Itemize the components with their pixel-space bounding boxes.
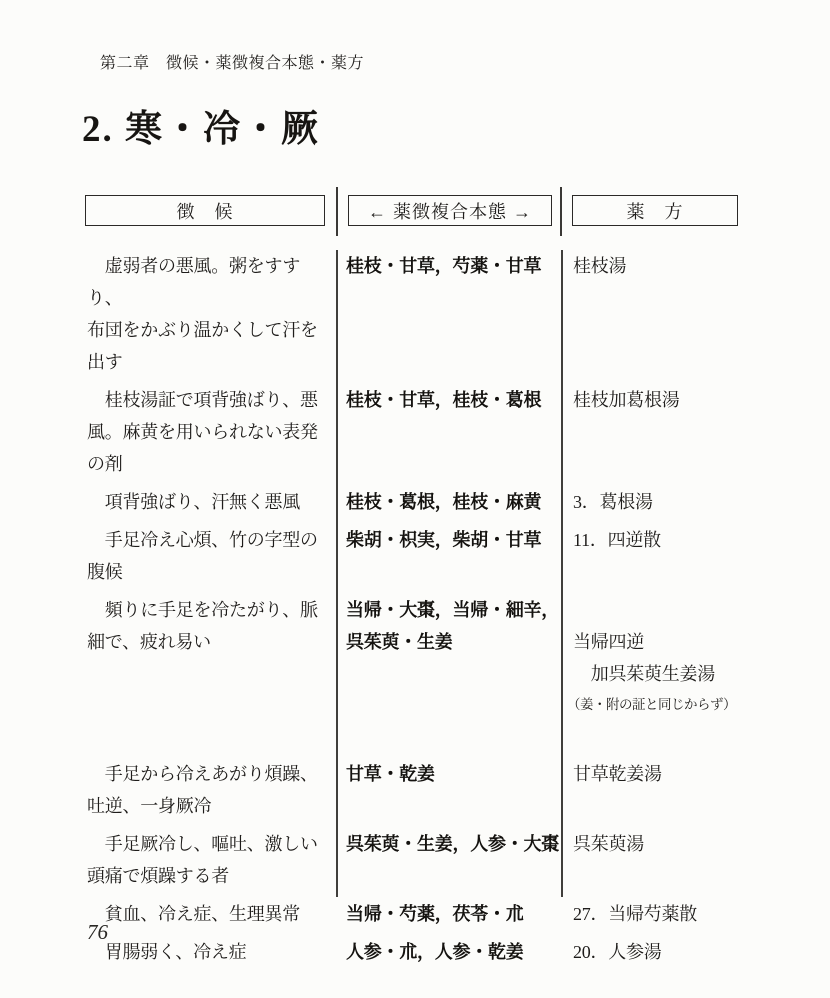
sign-cell: 貧血、冷え症、生理異常 — [85, 898, 336, 930]
sign-cell: 頻りに手足を冷たがり、脈 細で、疲れ易い — [85, 594, 336, 658]
sign-cell: 虚弱者の悪風。粥をすすり、 布団をかぶり温かくして汗を 出す — [85, 250, 336, 378]
essence-cell: 呉茱萸・生姜，人参・大棗 — [336, 828, 561, 860]
page-number: 76 — [87, 920, 108, 945]
column-rule — [561, 250, 563, 897]
column-header-sign-label: 徴 候 — [177, 198, 234, 224]
formula-cell: 桂枝加葛根湯 — [561, 384, 740, 416]
formula-cell: 27．当帰芍薬散 — [561, 898, 740, 930]
table-row: 項背強ばり、汗無く悪風 桂枝・葛根，桂枝・麻黄 3．葛根湯 — [85, 486, 740, 518]
essence-cell: 人参・朮，人参・乾姜 — [336, 936, 561, 968]
table-body: 虚弱者の悪風。粥をすすり、 布団をかぶり温かくして汗を 出す 桂枝・甘草，芍薬・… — [85, 250, 740, 974]
sign-cell: 桂枝湯証で項背強ばり、悪 風。麻黄を用いられない表発 の剤 — [85, 384, 336, 480]
column-rule — [336, 250, 338, 897]
essence-cell: 柴胡・枳実，柴胡・甘草 — [336, 524, 561, 556]
table-row: 頻りに手足を冷たがり、脈 細で、疲れ易い 当帰・大棗，当帰・細辛， 呉茱萸・生姜… — [85, 594, 740, 752]
formula-cell: 3．葛根湯 — [561, 486, 740, 518]
page-title: 2. 寒・冷・厥 — [82, 98, 320, 152]
formula-note: （姜・附の証と同じからず） — [567, 690, 740, 720]
table-row: 手足冷え心煩、竹の字型の 腹候 柴胡・枳実，柴胡・甘草 11．四逆散 — [85, 524, 740, 588]
sign-cell: 手足冷え心煩、竹の字型の 腹候 — [85, 524, 336, 588]
essence-cell: 桂枝・甘草，芍薬・甘草 — [336, 250, 561, 282]
table-row: 桂枝湯証で項背強ばり、悪 風。麻黄を用いられない表発 の剤 桂枝・甘草，桂枝・葛… — [85, 384, 740, 480]
essence-cell: 当帰・芍薬，茯苓・朮 — [336, 898, 561, 930]
formula-cell: 20．人参湯 — [561, 936, 740, 968]
header-divider — [560, 187, 562, 236]
essence-cell: 桂枝・甘草，桂枝・葛根 — [336, 384, 561, 416]
sign-cell: 項背強ばり、汗無く悪風 — [85, 486, 336, 518]
essence-cell: 桂枝・葛根，桂枝・麻黄 — [336, 486, 561, 518]
sign-cell: 手足厥冷し、嘔吐、激しい 頭痛で煩躁する者 — [85, 828, 336, 892]
column-header-formula-label: 薬 方 — [627, 198, 684, 224]
formula-cell: 11．四逆散 — [561, 524, 740, 556]
formula-cell: 甘草乾姜湯 — [561, 758, 740, 790]
formula-name: 当帰四逆 加呉茱萸生姜湯 — [573, 632, 715, 684]
table-row: 虚弱者の悪風。粥をすすり、 布団をかぶり温かくして汗を 出す 桂枝・甘草，芍薬・… — [85, 250, 740, 378]
column-header-essence: ← 薬徴複合本態 → — [348, 195, 552, 226]
sign-cell: 手足から冷えあがり煩躁、 吐逆、一身厥冷 — [85, 758, 336, 822]
sign-cell: 胃腸弱く、冷え症 — [85, 936, 336, 968]
essence-cell: 甘草・乾姜 — [336, 758, 561, 790]
table-row: 貧血、冷え症、生理異常 当帰・芍薬，茯苓・朮 27．当帰芍薬散 — [85, 898, 740, 930]
header-divider — [336, 187, 338, 236]
essence-cell: 当帰・大棗，当帰・細辛， 呉茱萸・生姜 — [336, 594, 561, 658]
book-page: 第二章 徴候・薬徴複合本態・薬方 2. 寒・冷・厥 徴 候 ← 薬徴複合本態 →… — [0, 0, 830, 998]
table-row: 胃腸弱く、冷え症 人参・朮，人参・乾姜 20．人参湯 — [85, 936, 740, 968]
table-row: 手足から冷えあがり煩躁、 吐逆、一身厥冷 甘草・乾姜 甘草乾姜湯 — [85, 758, 740, 822]
column-header-sign: 徴 候 — [85, 195, 325, 226]
column-header-formula: 薬 方 — [572, 195, 738, 226]
formula-cell: 桂枝湯 — [561, 250, 740, 282]
formula-cell: 当帰四逆 加呉茱萸生姜湯 （姜・附の証と同じからず） — [561, 594, 740, 752]
column-header-essence-label: ← 薬徴複合本態 → — [368, 198, 532, 224]
table-row: 手足厥冷し、嘔吐、激しい 頭痛で煩躁する者 呉茱萸・生姜，人参・大棗 呉茱萸湯 — [85, 828, 740, 892]
formula-cell: 呉茱萸湯 — [561, 828, 740, 860]
chapter-header: 第二章 徴候・薬徴複合本態・薬方 — [100, 50, 364, 73]
